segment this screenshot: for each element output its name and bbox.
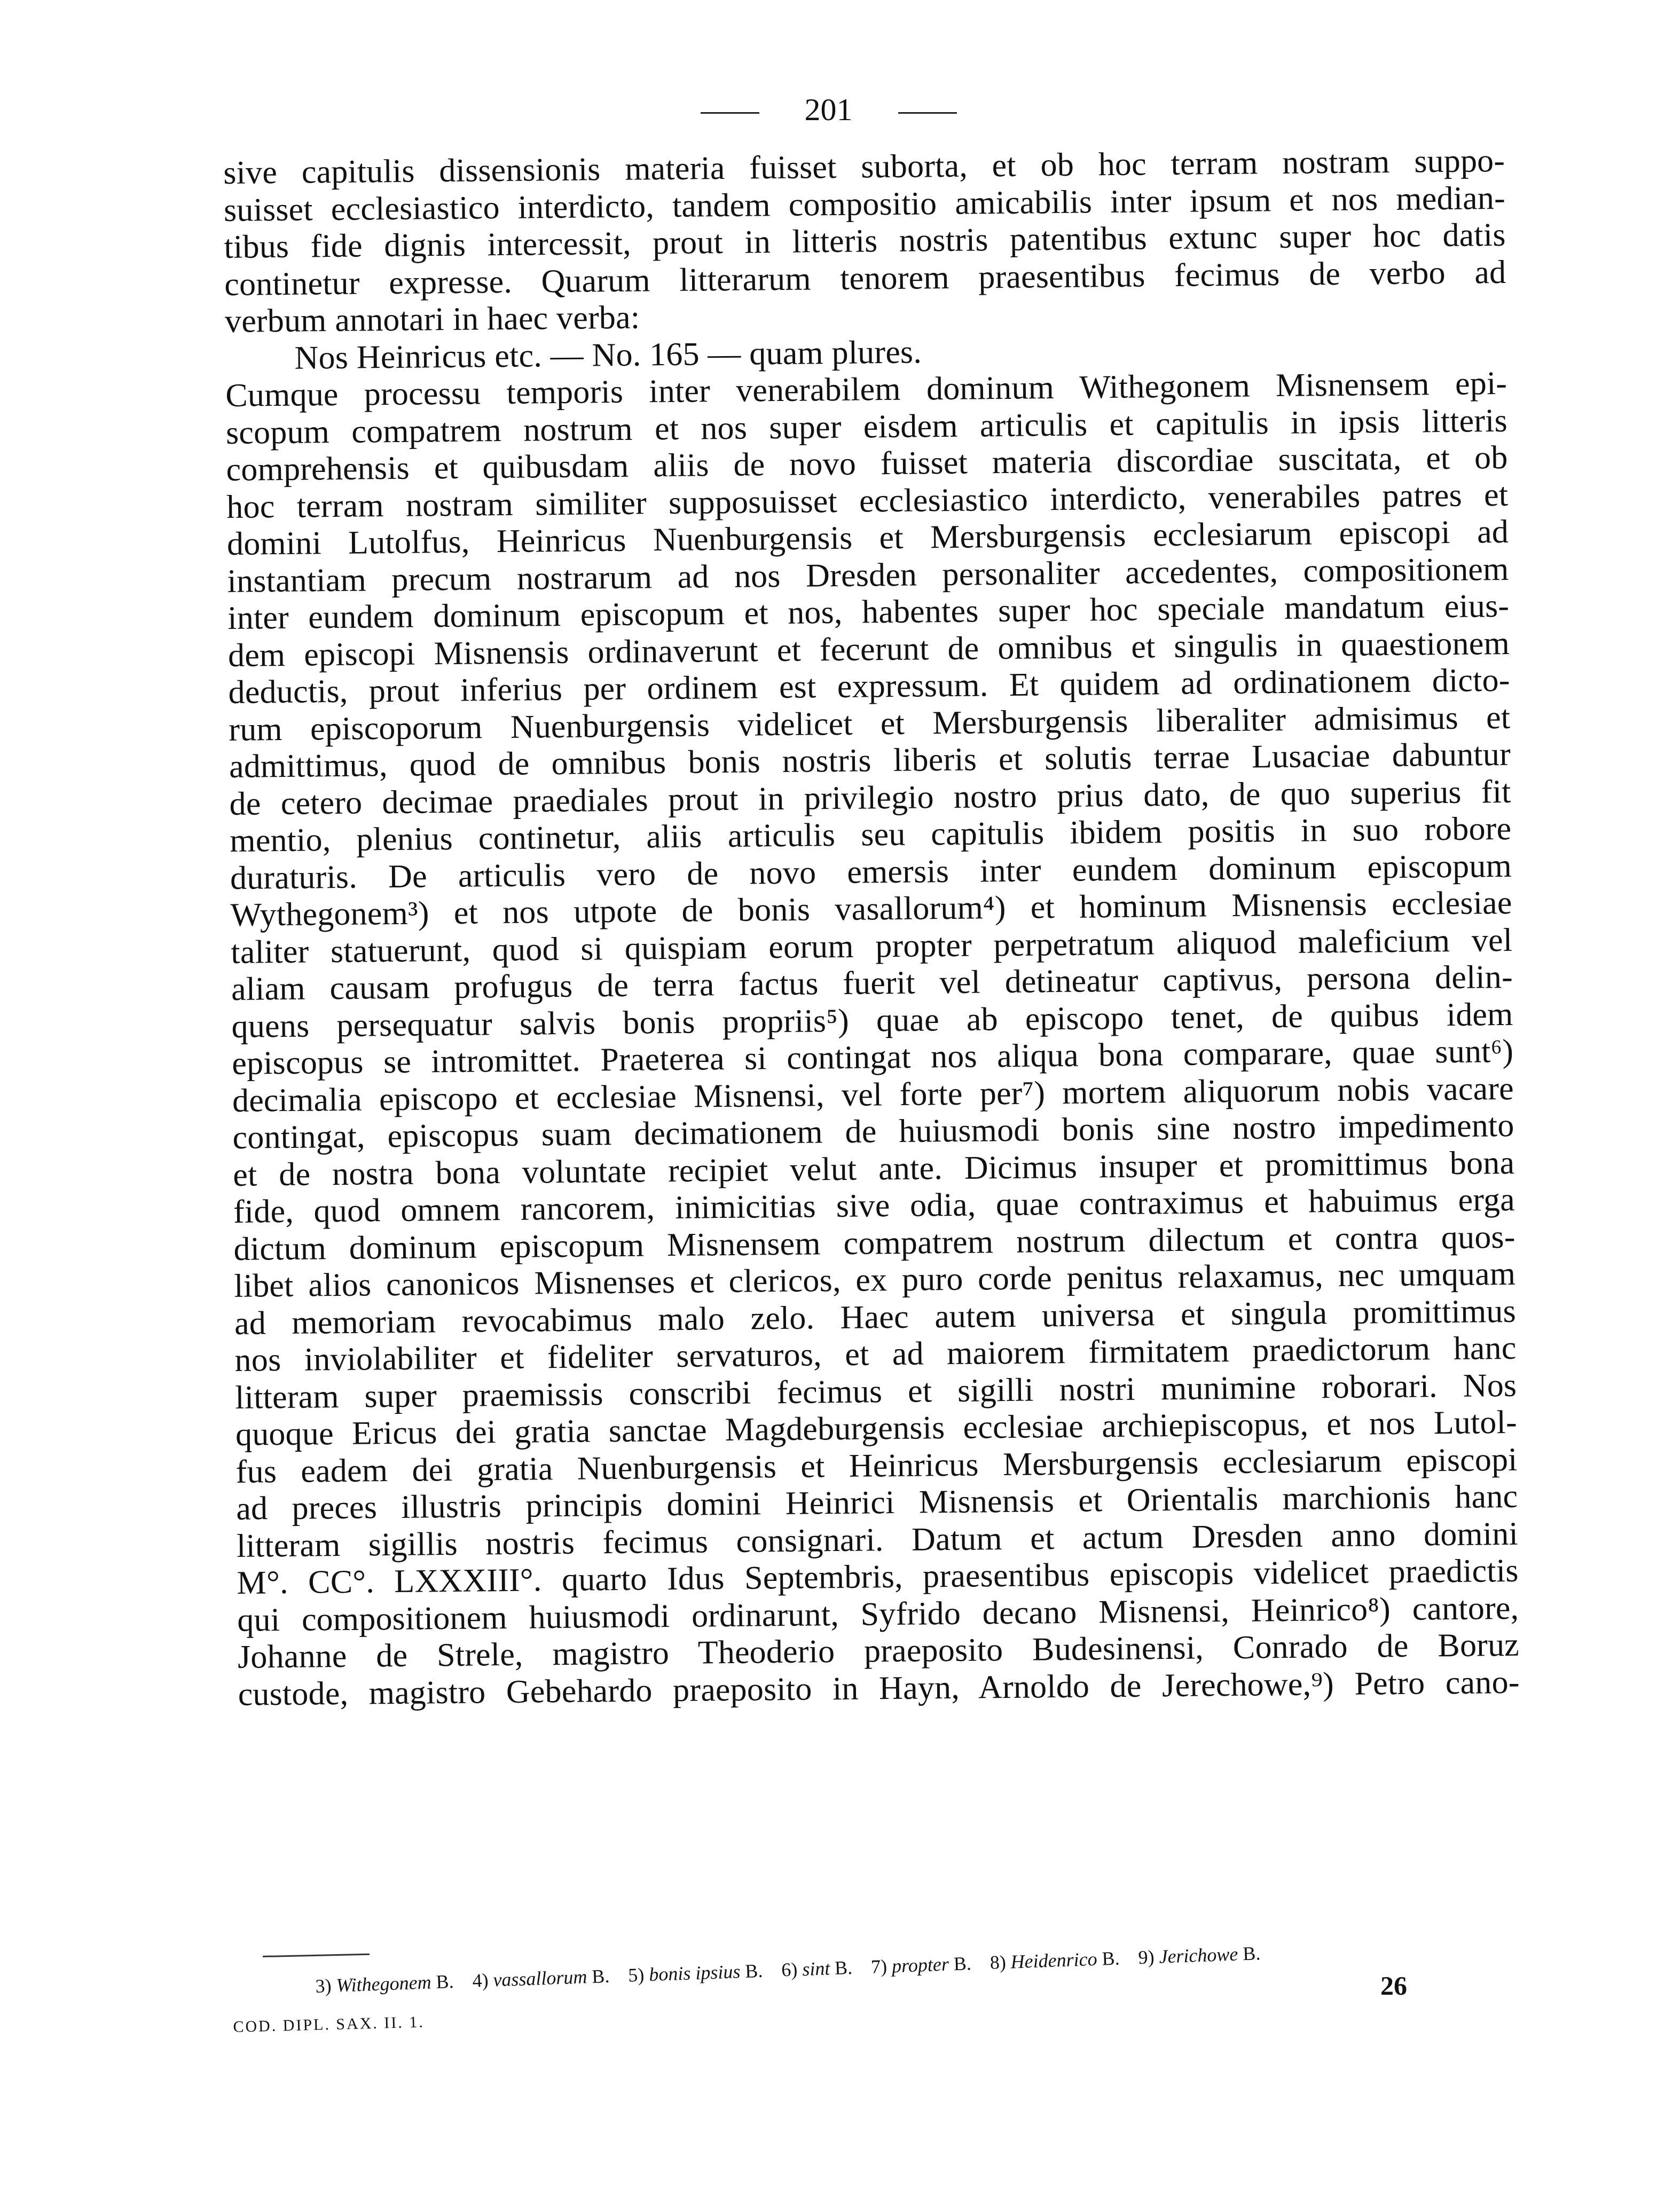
footnote-divider: [263, 1954, 370, 1957]
page-number: 201: [805, 92, 853, 127]
page-header: 201: [0, 91, 1657, 128]
footnote-6: 6) sint B.: [781, 1957, 853, 1981]
header-dash-left: [701, 112, 759, 114]
printer-signature: 26: [1380, 1970, 1407, 2001]
footnote-8: 8) Heidenrico B.: [990, 1947, 1120, 1973]
footnote-9: 9) Jerichowe B.: [1138, 1942, 1261, 1968]
body-text: sive capitulis dissensionis materia fuis…: [223, 143, 1520, 1713]
footnote-4: 4) vassallorum B.: [472, 1965, 610, 1991]
footnote-7: 7) propter B.: [870, 1953, 971, 1978]
footnote-5: 5) bonis ipsius B.: [628, 1960, 763, 1986]
footnotes: 3) Withegonem B. 4) vassallorum B. 5) bo…: [315, 1942, 1275, 1997]
footnote-3: 3) Withegonem B.: [315, 1971, 454, 1997]
header-dash-right: [898, 112, 957, 114]
collection-mark: COD. DIPL. SAX. II. 1.: [233, 2013, 425, 2036]
